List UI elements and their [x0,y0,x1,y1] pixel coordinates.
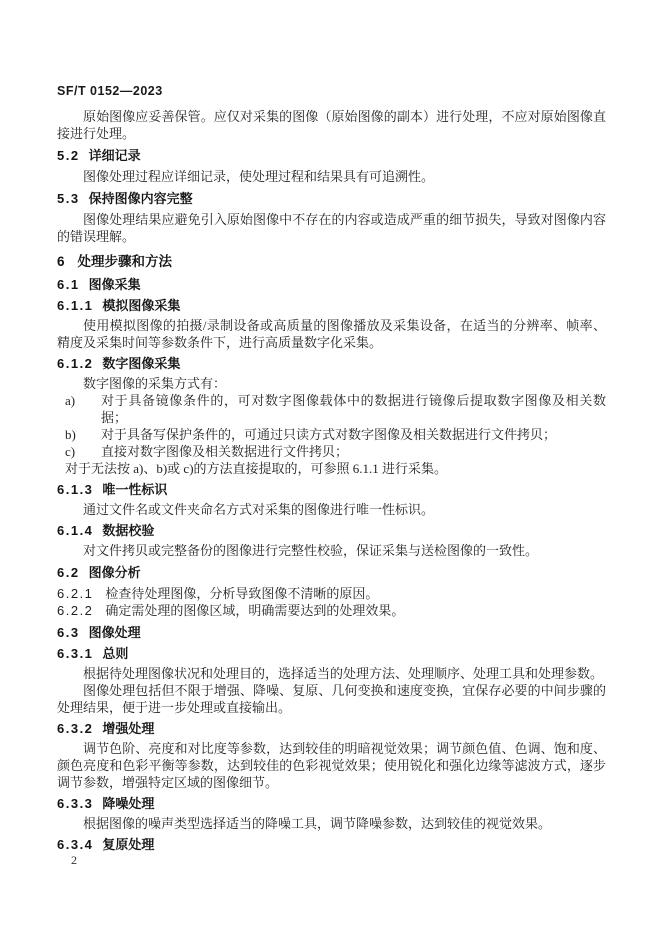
clause-number: 6.1.1 [57,298,93,313]
clause-number: 6.2.2 [57,602,93,619]
clause-title: 模拟图像采集 [102,298,180,313]
list-item-marker: b) [65,426,101,443]
clause-heading: 6.2图像分析 [57,564,606,581]
clause-title: 唯一性标识 [102,482,167,497]
list-item-marker: c) [65,443,101,460]
clause-title: 复原处理 [102,837,154,852]
numbered-paragraph: 6.2.2确定需处理的图像区域，明确需要达到的处理效果。 [57,602,606,619]
clause-heading: 6.1图像采集 [57,276,606,293]
clause-title: 处理步骤和方法 [78,254,173,269]
clause-heading: 6.3.4复原处理 [57,836,606,853]
clause-title: 图像处理 [89,625,141,640]
paragraph: 数字图像的采集方式有： [57,375,606,392]
clause-number: 5.2 [57,148,80,163]
list-item-text: 对于具备写保护条件的，可通过只读方式对数字图像及相关数据进行文件拷贝； [101,426,606,443]
clause-title: 总则 [102,646,128,661]
clause-heading: 6处理步骤和方法 [57,253,606,270]
clause-number: 6.1.4 [57,523,93,538]
clause-title: 增强处理 [102,721,154,736]
list-item-text: 直接对数字图像及相关数据进行文件拷贝； [101,443,606,460]
clause-title: 数据校验 [102,523,154,538]
clause-heading: 5.3保持图像内容完整 [57,190,606,207]
clause-heading: 6.3.3降噪处理 [57,795,606,812]
paragraph-text: 检查待处理图像，分析导致图像不清晰的原因。 [105,585,606,602]
clause-number: 6.3.3 [57,796,93,811]
clause-heading: 6.3.2增强处理 [57,720,606,737]
paragraph: 调节色阶、亮度和对比度等参数，达到较佳的明暗视觉效果；调节颜色值、色调、饱和度、… [57,740,606,791]
clause-heading: 6.1.2数字图像采集 [57,355,606,372]
clause-heading: 6.3图像处理 [57,624,606,641]
clause-title: 详细记录 [89,148,141,163]
clause-number: 6.2.1 [57,585,93,602]
clause-number: 6.3.2 [57,721,93,736]
clause-number: 6.2 [57,565,80,580]
list-item-marker: a) [65,392,101,426]
clause-number: 6.3 [57,625,80,640]
clause-title: 图像分析 [89,565,141,580]
paragraph: 图像处理结果应避免引入原始图像中不存在的内容或造成严重的细节损失，导致对图像内容… [57,211,606,245]
clause-title: 图像采集 [89,277,141,292]
document-body: 原始图像应妥善保管。应仅对采集的图像（原始图像的副本）进行处理，不应对原始图像直… [57,108,606,853]
paragraph: 对于无法按 a)、b)或 c)的方法直接提取的，可参照 6.1.1 进行采集。 [65,460,606,477]
paragraph: 使用模拟图像的拍摄/录制设备或高质量的图像播放及采集设备，在适当的分辨率、帧率、… [57,317,606,351]
paragraph: 根据图像的噪声类型选择适当的降噪工具，调节降噪参数，达到较佳的视觉效果。 [57,815,606,832]
list-item: b)对于具备写保护条件的，可通过只读方式对数字图像及相关数据进行文件拷贝； [65,426,606,443]
paragraph: 图像处理过程应详细记录，使处理过程和结果具有可追溯性。 [57,168,606,185]
list-item-text: 对于具备镜像条件的，可对数字图像载体中的数据进行镜像后提取数字图像及相关数据； [101,392,606,426]
clause-title: 数字图像采集 [102,356,180,371]
paragraph: 图像处理包括但不限于增强、降噪、复原、几何变换和速度变换，宜保存必要的中间步骤的… [57,682,606,716]
document-page: SF/T 0152—2023 原始图像应妥善保管。应仅对采集的图像（原始图像的副… [0,0,662,936]
clause-heading: 5.2详细记录 [57,147,606,164]
clause-number: 6.1.3 [57,482,93,497]
clause-heading: 6.1.3唯一性标识 [57,481,606,498]
paragraph: 对文件拷贝或完整备份的图像进行完整性校验，保证采集与送检图像的一致性。 [57,542,606,559]
list-item: a)对于具备镜像条件的，可对数字图像载体中的数据进行镜像后提取数字图像及相关数据… [65,392,606,426]
clause-title: 保持图像内容完整 [89,191,193,206]
paragraph: 原始图像应妥善保管。应仅对采集的图像（原始图像的副本）进行处理，不应对原始图像直… [57,108,606,142]
paragraph: 通过文件名或文件夹命名方式对采集的图像进行唯一性标识。 [57,501,606,518]
clause-number: 5.3 [57,191,80,206]
page-number: 2 [71,853,77,868]
list-item: c)直接对数字图像及相关数据进行文件拷贝； [65,443,606,460]
paragraph: 根据待处理图像状况和处理目的，选择适当的处理方法、处理顺序、处理工具和处理参数。 [57,665,606,682]
clause-heading: 6.1.1模拟图像采集 [57,297,606,314]
clause-number: 6.3.1 [57,646,93,661]
standard-number-header: SF/T 0152—2023 [57,83,606,100]
clause-title: 降噪处理 [102,796,154,811]
clause-number: 6.1.2 [57,356,93,371]
clause-number: 6.3.4 [57,837,93,852]
clause-heading: 6.3.1总则 [57,645,606,662]
clause-number: 6 [57,254,65,269]
numbered-paragraph: 6.2.1检查待处理图像，分析导致图像不清晰的原因。 [57,585,606,602]
page-content: SF/T 0152—2023 原始图像应妥善保管。应仅对采集的图像（原始图像的副… [57,83,606,856]
clause-number: 6.1 [57,277,80,292]
paragraph-text: 确定需处理的图像区域，明确需要达到的处理效果。 [105,602,606,619]
clause-heading: 6.1.4数据校验 [57,522,606,539]
